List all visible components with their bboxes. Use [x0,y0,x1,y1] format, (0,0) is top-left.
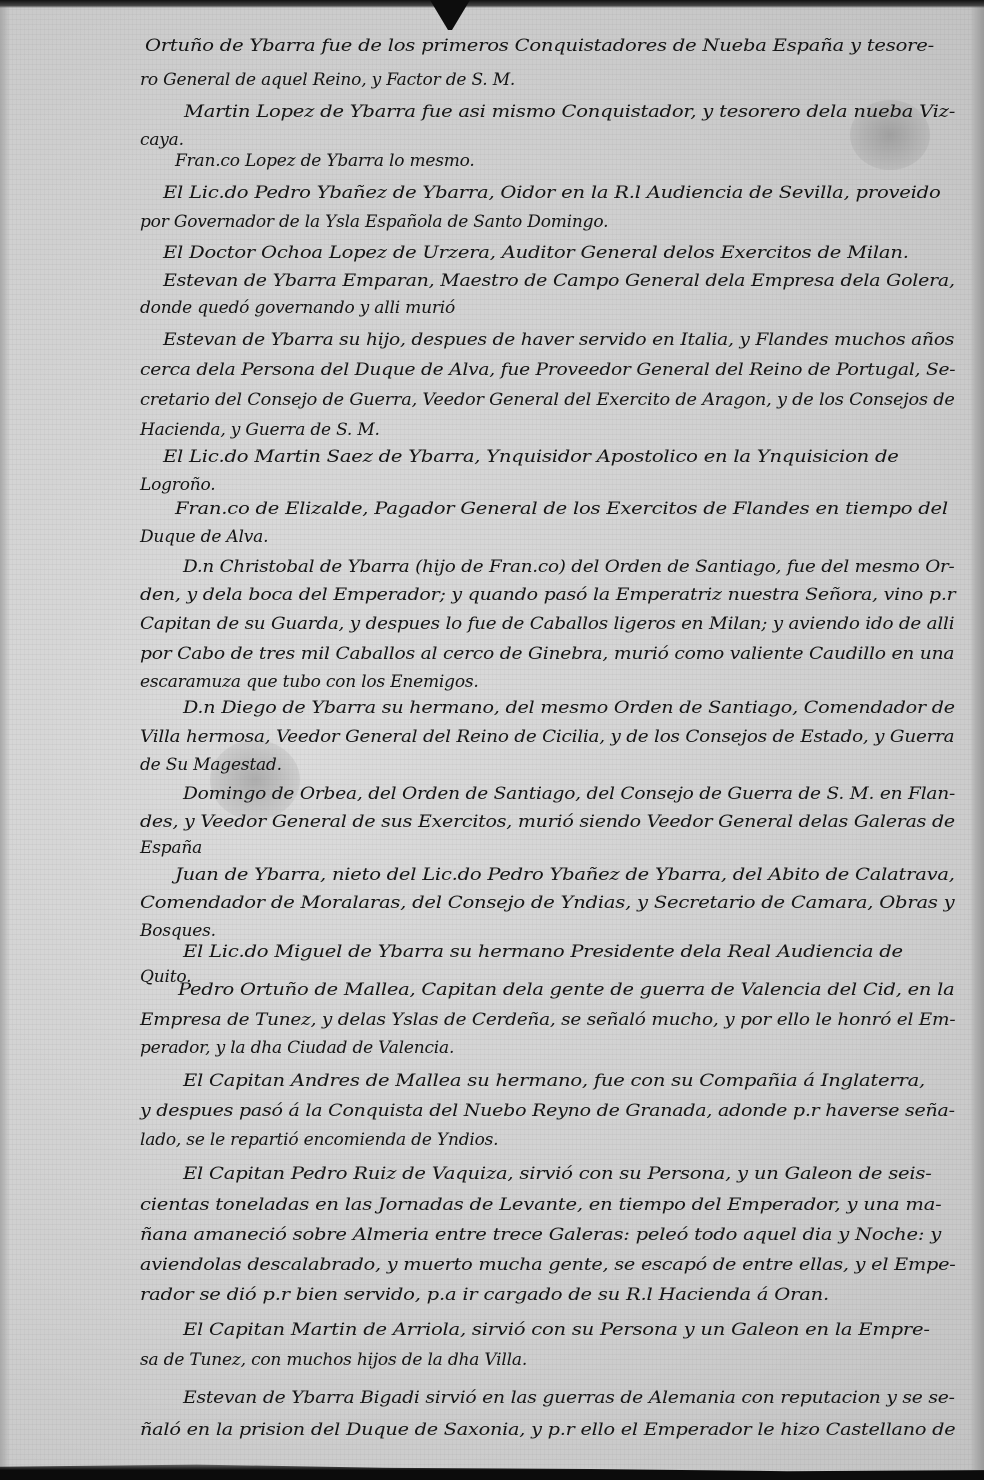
manuscript-line: y despues pasó á la Conquista del Nuebo … [140,1101,955,1121]
manuscript-line: Juan de Ybarra, nieto del Lic.do Pedro Y… [175,865,955,885]
manuscript-line: El Lic.do Pedro Ybañez de Ybarra, Oidor … [163,183,940,203]
manuscript-line: Estevan de Ybarra Emparan, Maestro de Ca… [163,271,955,291]
page-left-edge [0,0,10,1480]
manuscript-line: donde quedó governando y alli murió [140,298,455,318]
manuscript-line: D.n Diego de Ybarra su hermano, del mesm… [183,698,955,718]
manuscript-line: sa de Tunez, con muchos hijos de la dha … [140,1350,527,1370]
manuscript-line: Villa hermosa, Veedor General del Reino … [140,727,954,747]
manuscript-line: El Lic.do Martin Saez de Ybarra, Ynquisi… [163,447,899,467]
manuscript-line: Pedro Ortuño de Mallea, Capitan dela gen… [178,980,954,1000]
manuscript-line: escaramuza que tubo con los Enemigos. [140,672,479,692]
manuscript-line: Hacienda, y Guerra de S. M. [140,420,380,440]
torn-notch [430,0,470,30]
ink-stain [210,740,300,820]
manuscript-page: Ortuño de Ybarra fue de los primeros Con… [0,0,984,1480]
manuscript-line: El Doctor Ochoa Lopez de Urzera, Auditor… [163,243,909,263]
page-top-edge [0,0,984,8]
manuscript-line: Empresa de Tunez, y delas Yslas de Cerde… [140,1010,955,1030]
manuscript-line: D.n Christobal de Ybarra (hijo de Fran.c… [183,557,955,577]
manuscript-line: cerca dela Persona del Duque de Alva, fu… [140,360,955,380]
manuscript-line: Ortuño de Ybarra fue de los primeros Con… [145,36,934,56]
manuscript-line: de Su Magestad. [140,755,282,775]
manuscript-line: por Governador de la Ysla Española de Sa… [140,212,608,232]
manuscript-line: Fran.co de Elizalde, Pagador General de … [175,499,948,519]
manuscript-line: Estevan de Ybarra su hijo, despues de ha… [163,330,954,350]
manuscript-line: Comendador de Moralaras, del Consejo de … [140,893,954,913]
manuscript-line: perador, y la dha Ciudad de Valencia. [140,1038,454,1058]
manuscript-line: El Capitan Martin de Arriola, sirvió con… [183,1320,930,1340]
page-bottom-edge [0,1458,984,1480]
manuscript-line: den, y dela boca del Emperador; y quando… [140,585,955,605]
manuscript-line: Martin Lopez de Ybarra fue asi mismo Con… [184,102,955,122]
manuscript-line: España [140,838,202,858]
manuscript-line: ñaló en la prision del Duque de Saxonia,… [140,1420,955,1440]
manuscript-line: Capitan de su Guarda, y despues lo fue d… [140,614,954,634]
manuscript-line: cretario del Consejo de Guerra, Veedor G… [140,390,955,410]
manuscript-line: El Lic.do Miguel de Ybarra su hermano Pr… [183,942,903,962]
manuscript-line: Estevan de Ybarra Bigadi sirvió en las g… [183,1388,955,1408]
manuscript-line: Logroño. [140,475,215,495]
manuscript-line: aviendolas descalabrado, y muerto mucha … [140,1255,956,1275]
manuscript-line: Bosques. [140,921,216,941]
manuscript-line: cientas toneladas en las Jornadas de Lev… [140,1195,942,1215]
manuscript-line: Fran.co Lopez de Ybarra lo mesmo. [175,151,475,171]
manuscript-line: Duque de Alva. [140,527,268,547]
manuscript-line: por Cabo de tres mil Caballos al cerco d… [140,644,954,664]
manuscript-line: ñana amaneció sobre Almeria entre trece … [140,1225,941,1245]
manuscript-line: rador se dió p.r bien servido, p.a ir ca… [140,1285,829,1305]
manuscript-line: El Capitan Pedro Ruiz de Vaquiza, sirvió… [183,1164,932,1184]
manuscript-line: ro General de aquel Reino, y Factor de S… [140,70,515,90]
manuscript-line: des, y Veedor General de sus Exercitos, … [140,812,955,832]
manuscript-line: lado, se le repartió encomienda de Yndio… [140,1130,498,1150]
page-right-edge [970,0,984,1480]
manuscript-line: caya. [140,130,184,150]
manuscript-line: El Capitan Andres de Mallea su hermano, … [183,1071,925,1091]
manuscript-line: Domingo de Orbea, del Orden de Santiago,… [183,784,955,804]
